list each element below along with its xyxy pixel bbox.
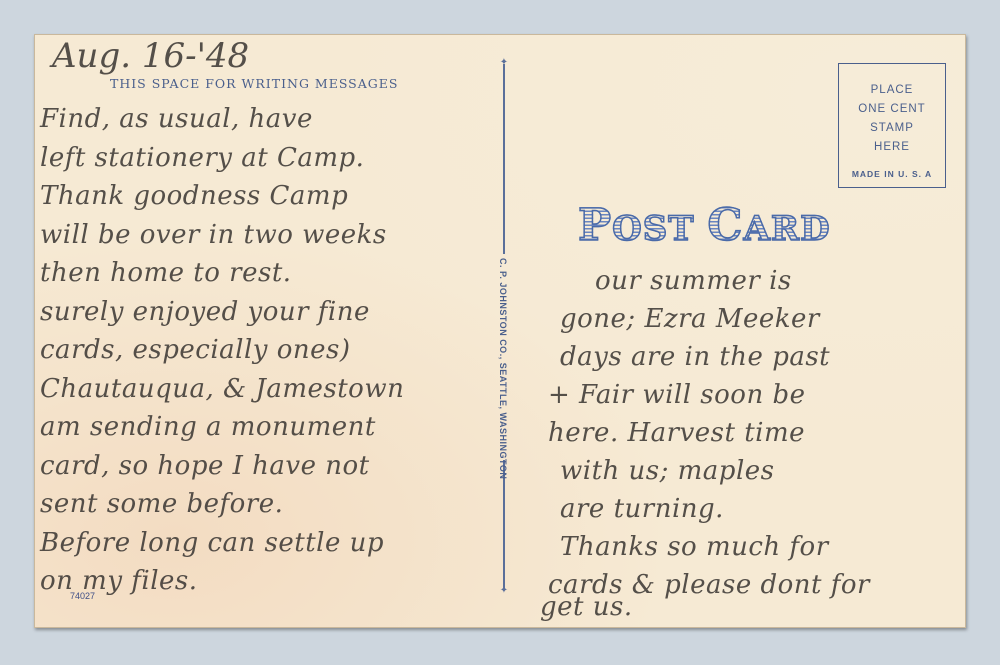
message-line: Before long can settle up: [40, 524, 404, 563]
made-in-usa: MADE IN U. S. A: [839, 169, 945, 179]
message-line: days are in the past: [560, 338, 870, 376]
message-line: Find, as usual, have: [40, 100, 404, 139]
message-line: am sending a monument: [40, 408, 404, 447]
divider-line: [503, 64, 505, 254]
message-line: with us; maples: [560, 452, 870, 490]
message-line: gone; Ezra Meeker: [560, 300, 870, 338]
message-line: cards, especially ones): [40, 331, 404, 370]
publisher-imprint: C. P. JOHNSTON CO., SEATTLE, WASHINGTON: [498, 258, 508, 479]
handwritten-message-right: our summer is gone; Ezra Meeker days are…: [560, 262, 870, 626]
message-line: here. Harvest time: [548, 414, 870, 452]
stamp-text: PLACE: [839, 81, 945, 100]
message-line: card, so hope I have not: [40, 447, 404, 486]
divider-ornament-icon: ✦: [499, 586, 509, 596]
stamp-text: STAMP: [839, 119, 945, 138]
message-space-header: THIS SPACE FOR WRITING MESSAGES: [110, 76, 398, 91]
message-line: our summer is: [560, 262, 870, 300]
message-line: surely enjoyed your fine: [40, 293, 404, 332]
message-line: Chautauqua, & Jamestown: [40, 370, 404, 409]
message-line: are turning.: [560, 490, 870, 528]
message-line: then home to rest.: [40, 254, 404, 293]
message-line: will be over in two weeks: [40, 216, 404, 255]
message-line: Thank goodness Camp: [40, 177, 404, 216]
serial-number: 74027: [70, 591, 95, 601]
message-line: sent some before.: [40, 485, 404, 524]
message-line: Thanks so much for: [560, 528, 870, 566]
stamp-text: ONE CENT: [839, 100, 945, 119]
divider-line: [503, 460, 505, 590]
message-line: left stationery at Camp.: [40, 139, 404, 178]
stamp-text: HERE: [839, 138, 945, 157]
stamp-box: PLACE ONE CENT STAMP HERE MADE IN U. S. …: [838, 63, 946, 188]
message-line: + Fair will soon be: [548, 376, 870, 414]
handwritten-date: Aug. 16-'48: [52, 36, 249, 76]
handwritten-message-left: Find, as usual, have left stationery at …: [40, 100, 404, 601]
post-card-title: POST CARD: [578, 200, 831, 251]
